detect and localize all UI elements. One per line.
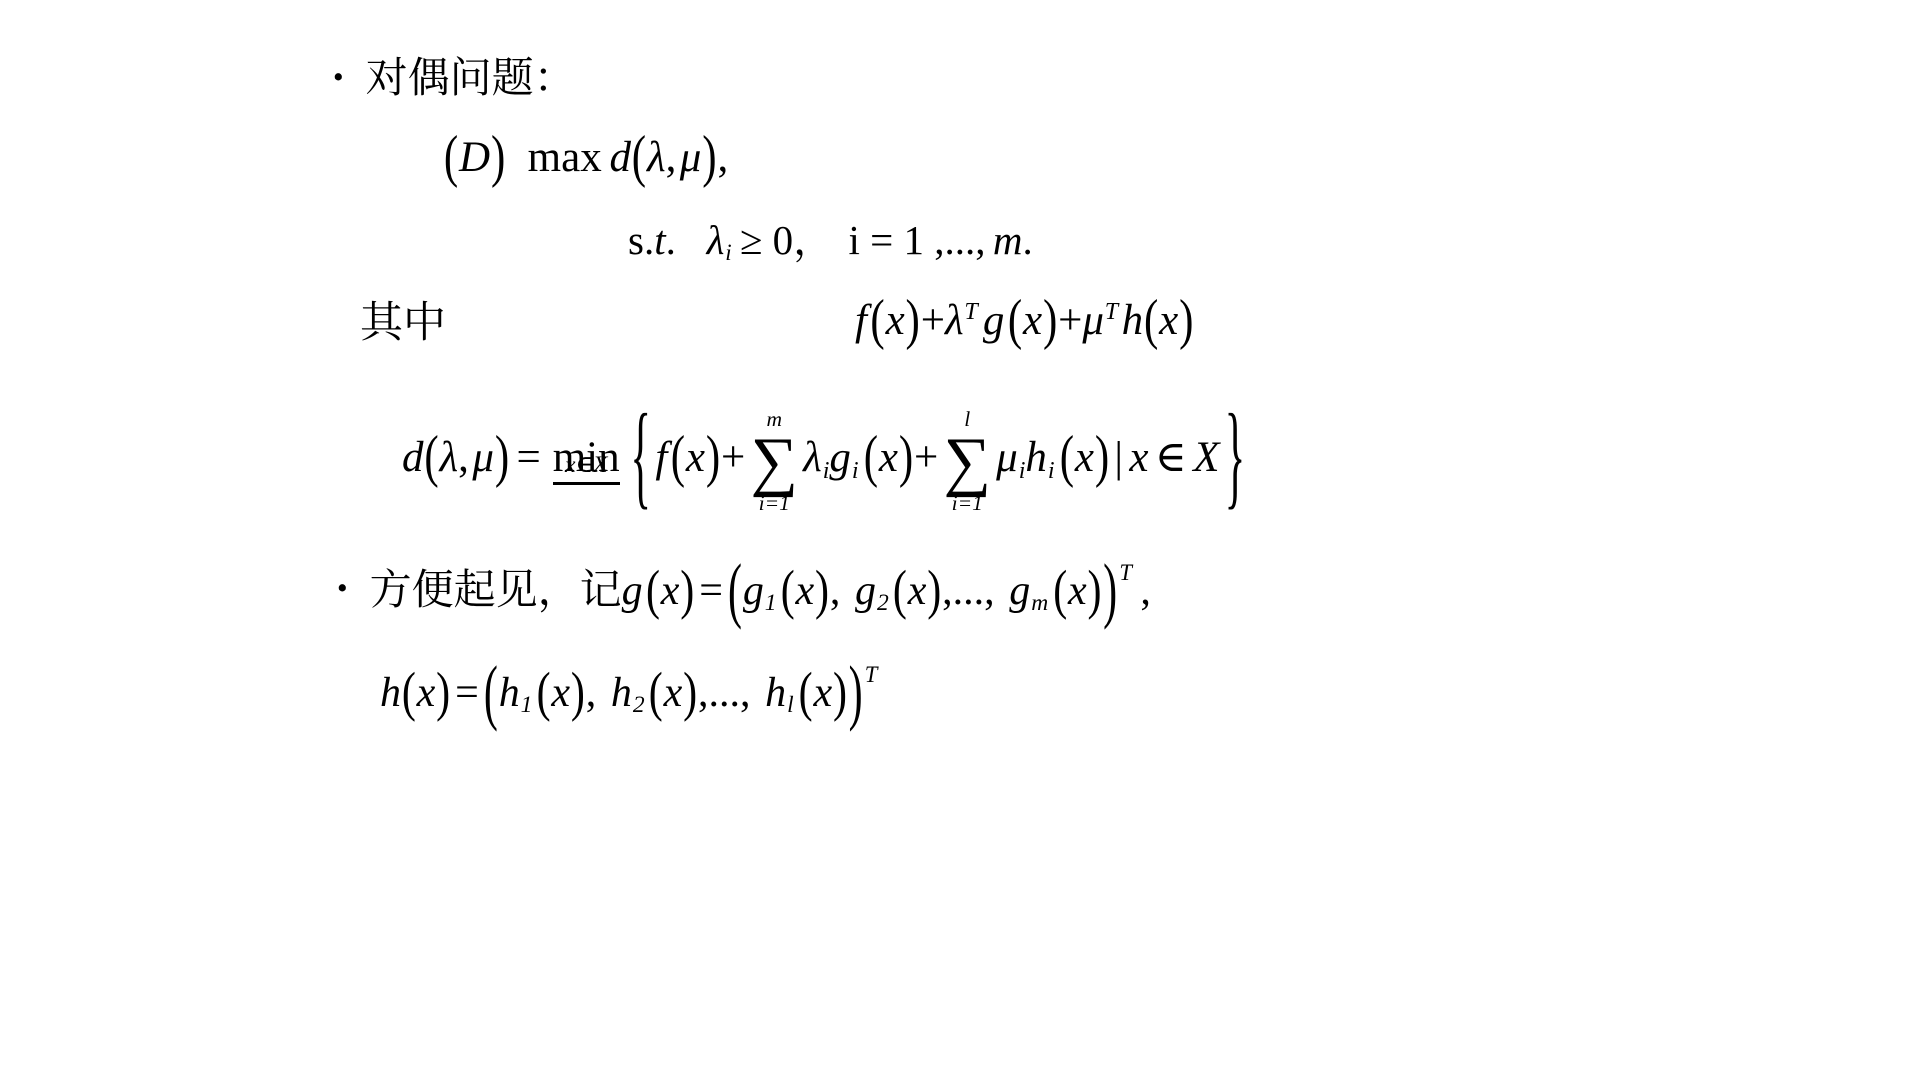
math-base-glyph: x — [1075, 434, 1094, 481]
math-subscript: i — [851, 458, 859, 484]
math-variable: m — [993, 217, 1023, 263]
math-delimiter: ( — [892, 564, 908, 619]
math-variable: λT — [945, 297, 978, 344]
math-variable: μ — [680, 134, 702, 181]
math-variable: x — [1129, 434, 1148, 481]
math-operator: . — [666, 217, 676, 263]
math-variable: x — [686, 434, 705, 481]
math-delimiter: ( — [443, 128, 459, 186]
math-variable: f — [655, 434, 667, 481]
math-base-glyph: f — [855, 297, 867, 344]
math-delimiter: ) — [926, 564, 942, 619]
math-base-glyph: , — [458, 434, 469, 481]
math-operator: ,..., — [942, 568, 995, 614]
math-delimiter: ( — [1143, 293, 1159, 349]
math-base-glyph: x — [417, 670, 436, 716]
math-variable: h1 — [499, 670, 533, 716]
math-superscript: T — [863, 662, 877, 687]
math-variable: x — [886, 297, 905, 344]
math-base-glyph: g — [983, 297, 1005, 344]
math-delimiter: ( — [1007, 293, 1023, 349]
math-variable: g — [983, 297, 1005, 344]
math-base-glyph: + — [914, 434, 938, 481]
math-variable: g2 — [855, 568, 889, 614]
math-base-glyph: g — [1009, 568, 1030, 614]
math-base-glyph: λ — [440, 434, 459, 481]
summation-icon: m∑i=1 — [750, 408, 798, 514]
math-variable: D — [459, 134, 490, 181]
math-base-glyph: max — [528, 134, 602, 181]
math-variable: h — [380, 670, 401, 716]
math-base-glyph: x — [686, 434, 705, 481]
math-delimiter: ) — [848, 656, 864, 730]
math-variable: x — [879, 434, 898, 481]
sum-lower-limit: i=1 — [952, 492, 983, 515]
math-base-glyph: ， — [793, 217, 834, 263]
math-operator: . — [1022, 217, 1032, 263]
math-operator: ,..., — [698, 670, 751, 716]
math-subscript: m — [1030, 590, 1048, 616]
math-base-glyph: | — [1114, 434, 1123, 481]
math-delimiter: ) — [1178, 293, 1194, 349]
math-base-glyph: x — [879, 434, 898, 481]
math-base-glyph: . — [666, 217, 676, 263]
math-operator: + — [1058, 297, 1082, 344]
math-delimiter: } — [1224, 400, 1246, 516]
math-variable: x — [1023, 297, 1042, 344]
math-base-glyph: x — [551, 670, 570, 716]
math-subscript: 1 — [764, 590, 777, 616]
math-base-glyph: ,..., — [942, 568, 995, 614]
math-base-glyph: h — [380, 670, 401, 716]
math-base-glyph: g — [829, 434, 851, 481]
math-base-glyph: g — [855, 568, 876, 614]
math-subscript: i — [724, 240, 731, 265]
math-delimiter: ( — [648, 666, 664, 721]
sum-lower-limit: i=1 — [759, 492, 790, 515]
math-operator: , — [458, 434, 469, 481]
math-base-glyph: h — [499, 670, 520, 716]
math-delimiter: ( — [536, 666, 552, 721]
bullet-icon: • — [337, 569, 348, 608]
math-variable: h2 — [611, 670, 645, 716]
math-variable: hl — [765, 670, 793, 716]
math-delimiter: ) — [898, 429, 914, 487]
math-variable: λ — [647, 134, 666, 181]
math-variable: h — [1122, 297, 1144, 344]
math-delimiter: ( — [670, 429, 686, 487]
math-delimiter: ( — [424, 429, 440, 487]
math-delimiter: ) — [1102, 554, 1118, 628]
math-delimiter: ) — [905, 293, 921, 349]
math-base-glyph: , — [830, 568, 841, 614]
math-subscript: 2 — [632, 692, 645, 718]
math-base-glyph: x — [886, 297, 905, 344]
math-delimiter: ( — [1052, 564, 1068, 619]
math-variable: λi — [707, 217, 732, 263]
label-where: 其中 — [360, 296, 446, 352]
math-delimiter: ) — [682, 666, 698, 721]
math-delimiter: ) — [1094, 429, 1110, 487]
summation-icon: l∑i=1 — [943, 408, 991, 514]
math-base-glyph: h — [1025, 434, 1047, 481]
math-variable: μ — [472, 434, 494, 481]
math-variable: x — [908, 568, 927, 614]
math-base-glyph: λ — [647, 134, 666, 181]
math-base-glyph: x — [1023, 297, 1042, 344]
math-operator: + — [914, 434, 938, 481]
math-superscript: T — [1118, 560, 1132, 585]
math-base-glyph: + — [721, 434, 745, 481]
math-delimiter: ) — [705, 429, 721, 487]
bullet-icon: • — [333, 58, 344, 97]
math-base-glyph: μ — [680, 134, 702, 181]
math-operator: s. — [628, 217, 654, 263]
math-base-glyph: f — [655, 434, 667, 481]
sigma-icon: ∑ — [750, 431, 798, 492]
math-base-glyph: x — [1129, 434, 1148, 481]
math-delimiter: ( — [645, 564, 661, 619]
math-operator: , — [717, 134, 728, 181]
math-delimiter: ) — [435, 666, 451, 721]
math-delimiter: ( — [1059, 429, 1075, 487]
math-base-glyph: x — [796, 568, 815, 614]
math-variable: X — [1193, 434, 1219, 481]
math-variable: x — [661, 568, 680, 614]
bullet-dual-problem: •对偶问题： — [333, 52, 576, 107]
math-delimiter: ) — [1042, 293, 1058, 349]
math-base-glyph: i = 1 ,..., — [848, 217, 985, 263]
math-delimiter: ( — [780, 564, 796, 619]
math-base-glyph: x — [908, 568, 927, 614]
math-superscript: T — [964, 299, 978, 325]
math-variable: hi — [1025, 434, 1054, 481]
math-operator: , — [830, 568, 841, 614]
min-domain-label: x∈X — [565, 454, 607, 478]
math-cjk-text: 方便起见，记 — [370, 568, 622, 614]
math-operator: , — [1140, 568, 1151, 614]
math-delimiter: ( — [483, 656, 499, 730]
math-cjk-text: ， — [793, 217, 834, 263]
math-base-glyph: ,..., — [698, 670, 751, 716]
math-variable: λi — [803, 434, 829, 481]
math-variable: μi — [996, 434, 1025, 481]
math-operator: ∈ — [1155, 434, 1187, 481]
math-operator: i = 1 ,..., — [848, 217, 985, 263]
math-delimiter: ( — [727, 554, 743, 628]
math-operator: ≥ 0 — [740, 217, 793, 263]
math-base-glyph: D — [459, 134, 490, 181]
math-superscript: T — [1104, 299, 1118, 325]
math-variable: d — [402, 434, 424, 481]
math-operator: = — [455, 670, 479, 716]
math-base-glyph: λ — [945, 297, 964, 344]
formula-dual-function: d(λ,μ)=minx∈X{f(x)+m∑i=1λigi(x)+l∑i=1μih… — [402, 408, 1246, 514]
math-subscript: 1 — [520, 692, 533, 718]
formula-h-definition: h(x)=(h1(x),h2(x),...,hl(x))T — [380, 664, 877, 720]
math-operator: , — [586, 670, 597, 716]
math-delimiter: ( — [631, 128, 647, 186]
math-delimiter: ) — [679, 564, 695, 619]
math-delimiter: ) — [814, 564, 830, 619]
math-base-glyph: x — [661, 568, 680, 614]
math-base-glyph: + — [921, 297, 945, 344]
math-base-glyph: x — [664, 670, 683, 716]
math-base-glyph: m — [993, 217, 1023, 263]
math-base-glyph: h — [765, 670, 786, 716]
math-subscript: i — [1047, 458, 1055, 484]
math-base-glyph: s. — [628, 217, 654, 263]
math-base-glyph: h — [1122, 297, 1144, 344]
math-operator: max — [528, 134, 602, 181]
math-base-glyph: μ — [472, 434, 494, 481]
math-variable: λ — [440, 434, 459, 481]
math-base-glyph: d — [402, 434, 424, 481]
math-delimiter: ( — [798, 666, 814, 721]
math-subscript: l — [786, 692, 793, 718]
math-operator: , — [666, 134, 677, 181]
math-base-glyph: μ — [996, 434, 1018, 481]
math-variable: g1 — [743, 568, 777, 614]
math-base-glyph: g — [743, 568, 764, 614]
math-operator: = — [699, 568, 723, 614]
math-delimiter: ) — [832, 666, 848, 721]
math-operator: + — [721, 434, 745, 481]
math-base-glyph: + — [1058, 297, 1082, 344]
bullet-dual-problem-label: 对偶问题： — [366, 56, 576, 102]
math-base-glyph: λ — [707, 217, 725, 263]
math-delimiter: { — [630, 400, 652, 516]
math-variable: x — [417, 670, 436, 716]
math-operator: + — [921, 297, 945, 344]
bullet-notation-g: •方便起见，记g(x)=(g1(x),g2(x),...,gm(x))T, — [337, 562, 1151, 618]
math-base-glyph: , — [717, 134, 728, 181]
math-delimiter: ) — [701, 128, 717, 186]
math-variable: x — [551, 670, 570, 716]
math-delimiter: ) — [1087, 564, 1103, 619]
math-base-glyph: g — [622, 568, 643, 614]
formula-dual-problem-d: (D)maxd(λ,μ), — [443, 130, 728, 186]
math-base-glyph: λ — [803, 434, 822, 481]
math-base-glyph: x — [813, 670, 832, 716]
sigma-icon: ∑ — [943, 431, 991, 492]
math-variable: gm — [1009, 568, 1048, 614]
math-base-glyph: X — [1193, 434, 1219, 481]
math-delimiter: ( — [863, 429, 879, 487]
min-operator: minx∈X — [553, 430, 620, 486]
math-variable: x — [1075, 434, 1094, 481]
math-base-glyph: = — [455, 670, 479, 716]
formula-g-definition: 方便起见，记g(x)=(g1(x),g2(x),...,gm(x))T, — [370, 568, 1151, 614]
math-operator: = — [516, 434, 540, 481]
math-delimiter: ( — [401, 666, 417, 721]
math-variable: x — [813, 670, 832, 716]
math-variable: d — [609, 134, 631, 181]
math-delimiter: ( — [870, 293, 886, 349]
math-variable: gi — [829, 434, 858, 481]
math-variable: x — [1068, 568, 1087, 614]
math-variable: f — [855, 297, 867, 344]
formula-constraints: s.t.λi≥ 0，i = 1 ,...,m. — [628, 214, 1033, 267]
math-base-glyph: . — [1022, 217, 1032, 263]
math-base-glyph: , — [586, 670, 597, 716]
math-base-glyph: x — [1068, 568, 1087, 614]
math-base-glyph: ≥ 0 — [740, 217, 793, 263]
math-base-glyph: , — [666, 134, 677, 181]
math-base-glyph: = — [516, 434, 540, 481]
math-base-glyph: = — [699, 568, 723, 614]
math-variable: x — [664, 670, 683, 716]
math-base-glyph: t — [654, 217, 665, 263]
math-subscript: 2 — [876, 590, 889, 616]
math-delimiter: ) — [570, 666, 586, 721]
math-delimiter: ) — [494, 429, 510, 487]
math-base-glyph: x — [1159, 297, 1178, 344]
math-delimiter: ) — [490, 128, 506, 186]
math-base-glyph: μ — [1082, 297, 1104, 344]
formula-lagrangian: f(x)+λTg(x)+μTh(x) — [855, 293, 1194, 349]
math-base-glyph: h — [611, 670, 632, 716]
math-base-glyph: 方便起见，记 — [370, 568, 622, 614]
math-variable: x — [1159, 297, 1178, 344]
math-variable: μT — [1082, 297, 1118, 344]
math-variable: t — [654, 217, 665, 263]
math-base-glyph: d — [609, 134, 631, 181]
math-variable: g — [622, 568, 643, 614]
slide-canvas: •对偶问题： (D)maxd(λ,μ), s.t.λi≥ 0，i = 1 ,..… — [0, 0, 1920, 1080]
math-operator: | — [1114, 434, 1123, 481]
math-variable: x — [796, 568, 815, 614]
math-base-glyph: ∈ — [1155, 434, 1187, 481]
math-base-glyph: , — [1140, 568, 1151, 614]
